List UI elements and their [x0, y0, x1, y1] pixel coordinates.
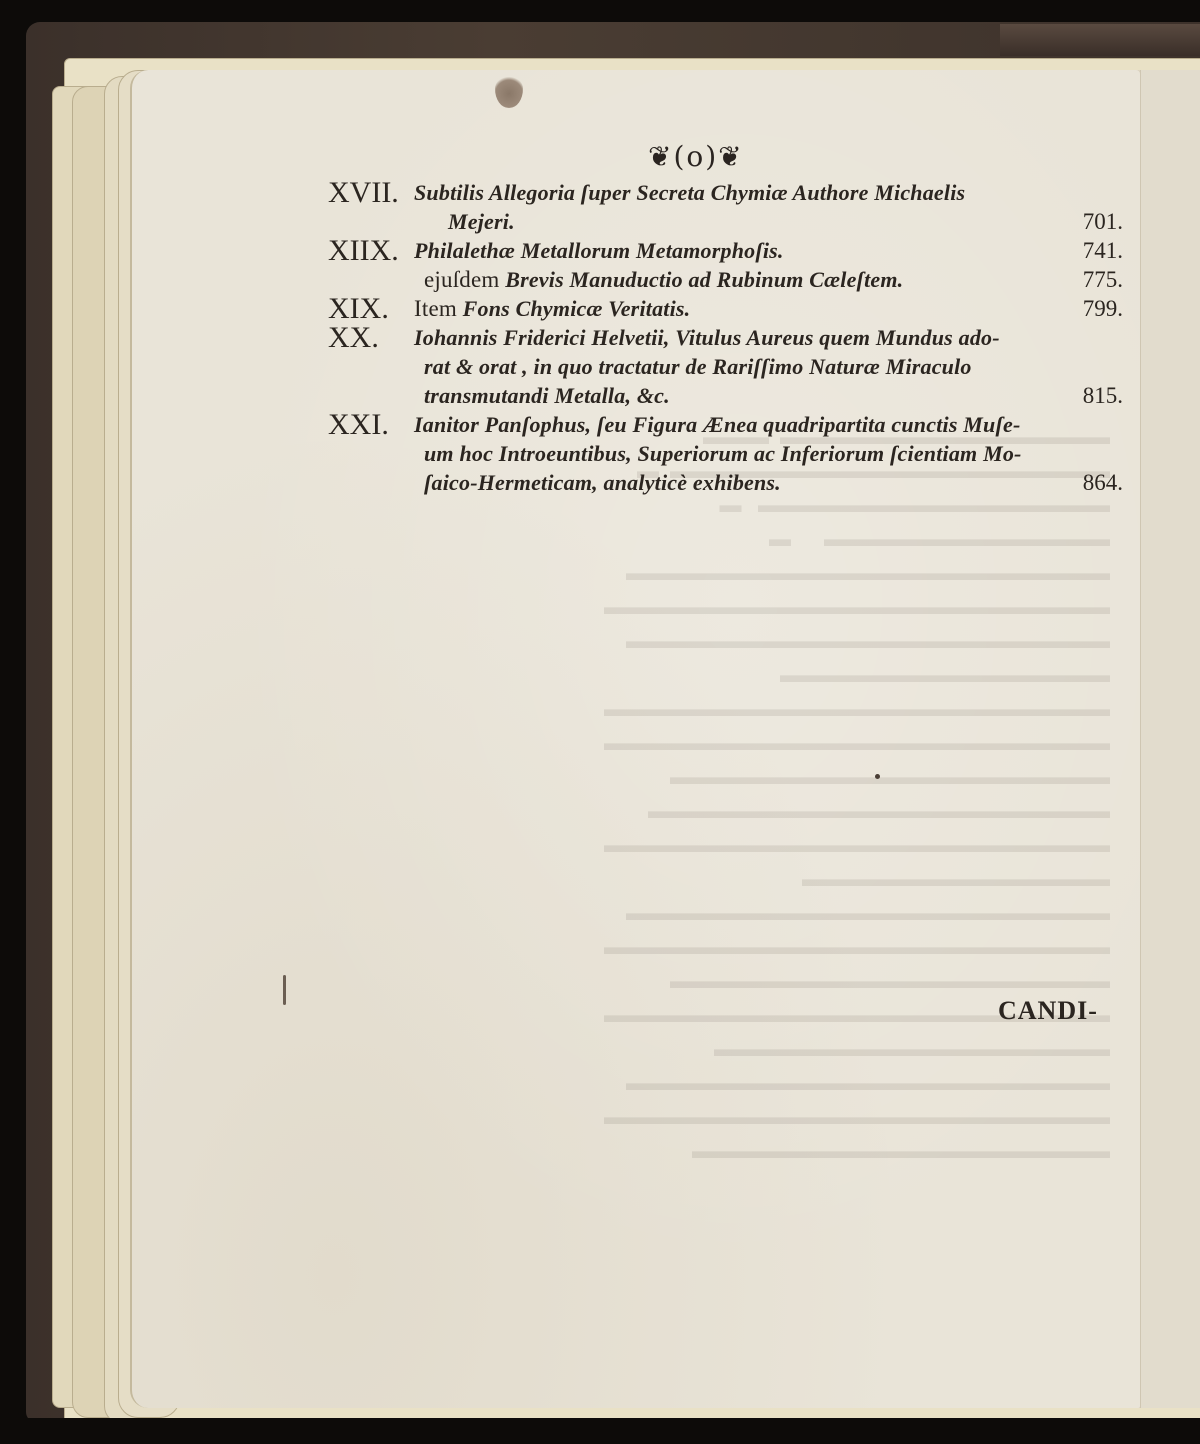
toc-entry: XVII. Subtilis Allegoria ſuper Secreta C…: [328, 178, 1123, 207]
toc-entry: ejuſdem Brevis Manuductio ad Rubinum Cæl…: [328, 265, 1123, 294]
entry-title: Item Fons Chymicæ Veritatis.: [414, 294, 1053, 323]
entry-page: 815.: [1083, 381, 1123, 410]
entry-numeral: XX.: [328, 323, 379, 352]
cover-top-edge: [1000, 24, 1200, 56]
entry-title-continuation: ſaico-Hermeticam, analyticè exhibens.: [424, 468, 1053, 497]
entry-title-text: Fons Chymicæ Veritatis.: [463, 296, 691, 321]
toc-entry: XIIX. Philalethæ Metallorum Metamorphoſi…: [328, 236, 1123, 265]
ink-speck: [283, 975, 286, 1005]
entry-page: 799.: [1083, 294, 1123, 323]
entry-title: Subtilis Allegoria ſuper Secreta Chymiæ …: [414, 178, 1123, 207]
entry-title: ejuſdem Brevis Manuductio ad Rubinum Cæl…: [424, 265, 1053, 294]
toc-entry-continuation: transmutandi Metalla, &c. 815.: [328, 381, 1123, 410]
table-of-contents: XVII. Subtilis Allegoria ſuper Secreta C…: [328, 178, 1123, 497]
bleed-through-texture: ▬▬▬▬▬▬▬▬▬▬▬▬▬▬▬ ▬▬▬ ▬▬▬▬▬▬▬▬▬▬▬▬▬▬▬▬▬▬▬▬…: [340, 420, 1110, 1168]
entry-numeral: XIIX.: [328, 236, 399, 265]
toc-entry: XIX. Item Fons Chymicæ Veritatis. 799.: [328, 294, 1123, 323]
entry-page: 864.: [1083, 468, 1123, 497]
entry-title-continuation: rat & orat , in quo tractatur de Rariſſi…: [424, 352, 1123, 381]
entry-numeral: XVII.: [328, 178, 399, 207]
entry-lead-word: Item: [414, 296, 457, 321]
toc-entry-continuation: Mejeri. 701.: [328, 207, 1123, 236]
toc-entry-continuation: ſaico-Hermeticam, analyticè exhibens. 86…: [328, 468, 1123, 497]
entry-page: 701.: [1083, 207, 1123, 236]
entry-numeral: XIX.: [328, 294, 389, 323]
toc-entry-continuation: rat & orat , in quo tractatur de Rariſſi…: [328, 352, 1123, 381]
entry-page: 775.: [1083, 265, 1123, 294]
headpiece-ornament: ❦(o)❦: [648, 140, 744, 173]
ink-speck: [875, 774, 880, 779]
toc-entry-continuation: um hoc Introeuntibus, Superiorum ac Infe…: [328, 439, 1123, 468]
catchword: CANDI-: [998, 996, 1098, 1026]
entry-title-continuation: transmutandi Metalla, &c.: [424, 381, 1053, 410]
entry-title-text: Brevis Manuductio ad Rubinum Cæleſtem.: [505, 267, 903, 292]
background-surface: [0, 1418, 1200, 1444]
entry-lead-word: ejuſdem: [424, 267, 500, 292]
toc-entry: XX. Iohannis Friderici Helvetii, Vitulus…: [328, 323, 1123, 352]
entry-title: Philalethæ Metallorum Metamorphoſis.: [414, 236, 1053, 265]
toc-entry: XXI. Ianitor Panſophus, ſeu Figura Ænea …: [328, 410, 1123, 439]
entry-numeral: XXI.: [328, 410, 389, 439]
entry-title: Iohannis Friderici Helvetii, Vitulus Aur…: [414, 323, 1123, 352]
page-fore-edge: [1140, 70, 1200, 1408]
entry-title-continuation: um hoc Introeuntibus, Superiorum ac Infe…: [424, 439, 1123, 468]
entry-title-continuation: Mejeri.: [448, 207, 1053, 236]
entry-page: 741.: [1083, 236, 1123, 265]
entry-title: Ianitor Panſophus, ſeu Figura Ænea quadr…: [414, 410, 1123, 439]
